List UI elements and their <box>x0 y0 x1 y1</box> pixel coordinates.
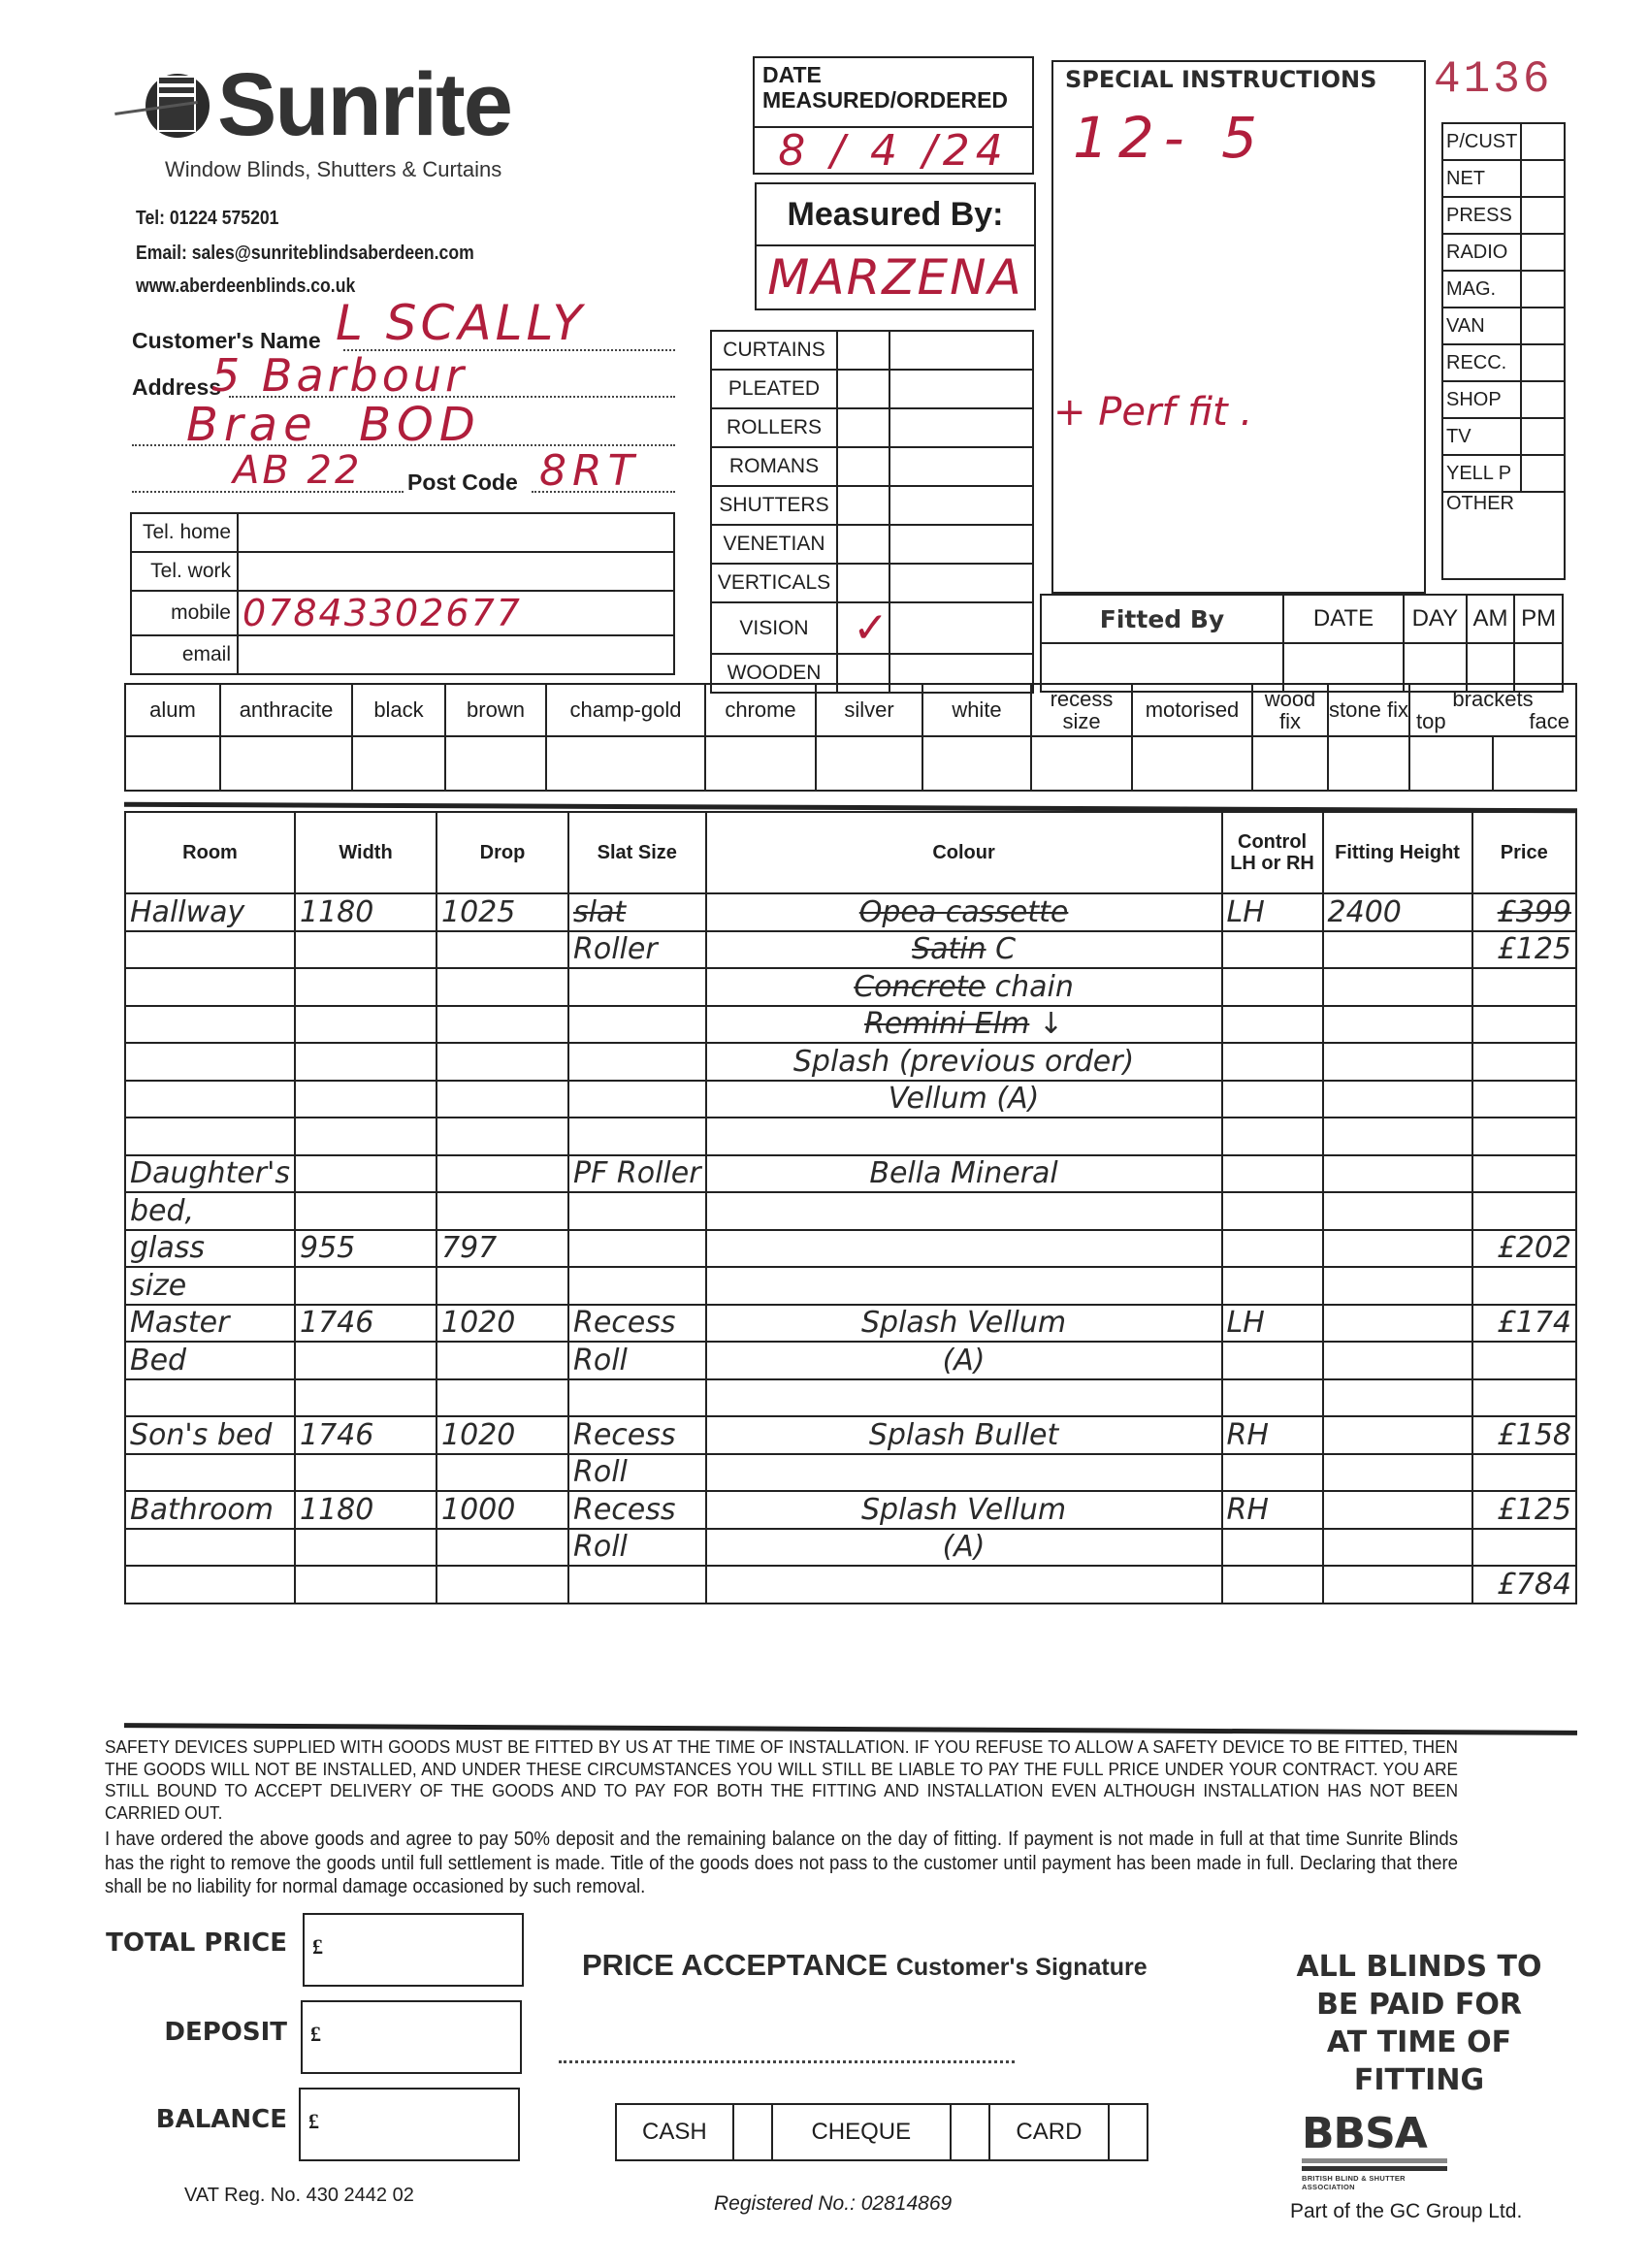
cell-colour[interactable]: (A) <box>706 1529 1222 1567</box>
cell-fitting-height[interactable] <box>1323 1230 1472 1268</box>
cell-fitting-height[interactable] <box>1323 1118 1472 1155</box>
col-drop: Drop <box>436 812 568 893</box>
cell-room[interactable]: Bed <box>125 1342 295 1379</box>
cell-colour[interactable] <box>706 1454 1222 1492</box>
product-type-label: SHUTTERS <box>711 486 837 525</box>
cell-drop[interactable]: 797 <box>436 1230 568 1268</box>
cell-width[interactable] <box>295 1118 436 1155</box>
cell-price[interactable] <box>1472 1454 1576 1492</box>
brackets-top-field[interactable] <box>1409 736 1493 791</box>
option-field[interactable] <box>1031 736 1132 791</box>
mobile-label: mobile <box>131 591 238 635</box>
cell-fitting-height[interactable] <box>1323 1566 1472 1604</box>
source-checkbox[interactable] <box>1521 308 1565 344</box>
cell-slat-size[interactable]: Roller <box>568 931 706 969</box>
cell-fitting-height[interactable] <box>1323 1155 1472 1193</box>
cell-slat-size[interactable] <box>568 1118 706 1155</box>
cell-room[interactable] <box>125 968 295 1006</box>
source-checkbox[interactable] <box>1521 344 1565 381</box>
fitted-date-header: DATE <box>1283 595 1404 643</box>
address-label: Address <box>132 374 221 401</box>
cell-control[interactable]: LH <box>1222 893 1323 931</box>
cell-width[interactable]: 955 <box>295 1230 436 1268</box>
table-row: Roll <box>125 1454 1576 1492</box>
fitted-pm-header: PM <box>1514 595 1563 643</box>
company-email: Email: sales@sunriteblindsaberdeen.com <box>136 243 474 265</box>
table-row: Son's bed17461020RecessSplash BulletRH£1… <box>125 1416 1576 1454</box>
cell-fitting-height[interactable] <box>1323 1379 1472 1417</box>
cell-colour[interactable] <box>706 1230 1222 1268</box>
cell-room[interactable]: Son's bed <box>125 1416 295 1454</box>
source-label: MAG. <box>1442 271 1521 308</box>
payment-card-checkbox[interactable] <box>1109 2104 1148 2160</box>
company-website: www.aberdeenblinds.co.uk <box>136 275 355 298</box>
cell-width[interactable] <box>295 1192 436 1230</box>
source-label: RECC. <box>1442 344 1521 381</box>
cell-room[interactable]: Master <box>125 1305 295 1343</box>
cell-drop[interactable] <box>436 1081 568 1118</box>
cell-control[interactable]: RH <box>1222 1491 1323 1529</box>
measured-by-label: Measured By: <box>757 184 1034 246</box>
cell-slat-size[interactable] <box>568 1006 706 1044</box>
email-label: email <box>131 635 238 674</box>
product-type-label: ROLLERS <box>711 408 837 447</box>
cell-width[interactable] <box>295 1081 436 1118</box>
cell-slat-size[interactable]: slat <box>568 893 706 931</box>
deposit-field[interactable]: £ <box>301 2000 522 2074</box>
cell-drop[interactable]: 1020 <box>436 1305 568 1343</box>
mobile-field[interactable]: 07843302677 <box>238 591 674 635</box>
cell-price[interactable] <box>1472 1118 1576 1155</box>
cell-colour[interactable]: Splash Bullet <box>706 1416 1222 1454</box>
option-field[interactable] <box>1328 736 1409 791</box>
cell-control[interactable] <box>1222 1566 1323 1604</box>
product-type-notes[interactable] <box>889 486 1033 525</box>
cell-drop[interactable] <box>436 1118 568 1155</box>
payment-cash-label: CASH <box>616 2104 733 2160</box>
cell-drop[interactable] <box>436 1454 568 1492</box>
cell-drop[interactable] <box>436 1192 568 1230</box>
table-row: Concrete chain <box>125 968 1576 1006</box>
product-type-label: VISION <box>711 602 837 654</box>
special-instructions-title: SPECIAL INSTRUCTIONS <box>1053 62 1424 97</box>
cell-control[interactable] <box>1222 1081 1323 1118</box>
option-wood-fix: wood fix <box>1252 684 1328 736</box>
cell-price[interactable] <box>1472 1192 1576 1230</box>
source-label: P/CUST <box>1442 123 1521 160</box>
payment-cheque-label: CHEQUE <box>772 2104 951 2160</box>
cell-slat-size[interactable] <box>568 1566 706 1604</box>
cell-colour[interactable]: Vellum (A) <box>706 1081 1222 1118</box>
cell-control[interactable] <box>1222 1267 1323 1305</box>
cell-room[interactable] <box>125 1454 295 1492</box>
source-checkbox[interactable] <box>1521 381 1565 418</box>
col-control: Control LH or RH <box>1222 812 1323 893</box>
balance-label: BALANCE <box>93 2105 287 2134</box>
cell-room[interactable] <box>125 1043 295 1081</box>
product-type-checkbox[interactable] <box>837 486 889 525</box>
source-checkbox[interactable] <box>1521 197 1565 234</box>
product-type-checkbox[interactable] <box>837 331 889 370</box>
cell-width[interactable]: 1746 <box>295 1305 436 1343</box>
cell-control[interactable] <box>1222 1155 1323 1193</box>
product-type-notes[interactable] <box>889 447 1033 486</box>
option-field[interactable] <box>546 736 705 791</box>
cell-room[interactable]: bed, <box>125 1192 295 1230</box>
brackets-top-label: top <box>1416 710 1446 732</box>
table-row: Master17461020RecessSplash VellumLH£174 <box>125 1305 1576 1343</box>
postcode-label: Post Code <box>407 470 518 496</box>
product-type-label: VENETIAN <box>711 525 837 564</box>
product-type-checkbox[interactable] <box>837 408 889 447</box>
cell-drop[interactable]: 1025 <box>436 893 568 931</box>
product-type-checkbox[interactable] <box>837 370 889 408</box>
cell-width[interactable] <box>295 1006 436 1044</box>
cell-control[interactable] <box>1222 1379 1323 1417</box>
cell-fitting-height[interactable] <box>1323 1192 1472 1230</box>
product-type-label: VERTICALS <box>711 564 837 602</box>
option-black: black <box>352 684 445 736</box>
option-field[interactable] <box>125 736 220 791</box>
cell-room[interactable]: glass <box>125 1230 295 1268</box>
option-field[interactable] <box>705 736 816 791</box>
option-anthracite: anthracite <box>220 684 352 736</box>
cell-room[interactable] <box>125 1081 295 1118</box>
cell-width[interactable] <box>295 1454 436 1492</box>
fitted-am-header: AM <box>1467 595 1515 643</box>
product-type-notes[interactable] <box>889 370 1033 408</box>
cell-colour[interactable] <box>706 1267 1222 1305</box>
cell-control[interactable] <box>1222 1043 1323 1081</box>
price-acceptance-heading: PRICE ACCEPTANCE Customer's Signature <box>582 1948 1148 1983</box>
table-row: BedRoll(A) <box>125 1342 1576 1379</box>
cell-drop[interactable] <box>436 931 568 969</box>
cell-room[interactable] <box>125 1529 295 1567</box>
cell-slat-size[interactable] <box>568 1379 706 1417</box>
special-instructions-note: 12- 5 <box>1073 105 1267 171</box>
cell-width[interactable] <box>295 1155 436 1193</box>
cell-fitting-height[interactable] <box>1323 1043 1472 1081</box>
blind-logo-icon <box>107 66 223 144</box>
cell-colour[interactable]: Splash Vellum <box>706 1305 1222 1343</box>
source-checkbox[interactable] <box>1521 123 1565 160</box>
cell-colour[interactable]: Bella Mineral <box>706 1155 1222 1193</box>
divider <box>124 1723 1577 1735</box>
product-type-label: ROMANS <box>711 447 837 486</box>
safety-terms: SAFETY DEVICES SUPPLIED WITH GOODS MUST … <box>105 1736 1458 1824</box>
cell-width[interactable]: 1746 <box>295 1416 436 1454</box>
registered-number: Registered No.: 02814869 <box>714 2192 952 2216</box>
col-room: Room <box>125 812 295 893</box>
phone-table: Tel. home Tel. work mobile07843302677 em… <box>130 512 675 675</box>
cell-width[interactable]: 1180 <box>295 1491 436 1529</box>
product-type-label: CURTAINS <box>711 331 837 370</box>
source-label: PRESS <box>1442 197 1521 234</box>
cell-colour[interactable]: Concrete chain <box>706 968 1222 1006</box>
option-recess-size: recess size <box>1031 684 1132 736</box>
customer-name-value[interactable]: L SCALLY <box>336 295 586 351</box>
cell-price[interactable]: £125 <box>1472 1491 1576 1529</box>
cell-fitting-height[interactable] <box>1323 1006 1472 1044</box>
cell-price[interactable] <box>1472 1043 1576 1081</box>
product-type-checkbox[interactable] <box>837 525 889 564</box>
cell-fitting-height[interactable] <box>1323 968 1472 1006</box>
product-type-table: CURTAINS PLEATED ROLLERS ROMANS SHUTTERS… <box>710 330 1034 694</box>
col-fitting-height: Fitting Height <box>1323 812 1472 893</box>
cell-width[interactable]: 1180 <box>295 893 436 931</box>
cell-colour[interactable]: Remini Elm ↓ <box>706 1006 1222 1044</box>
cell-fitting-height[interactable]: 2400 <box>1323 893 1472 931</box>
cell-control[interactable] <box>1222 1230 1323 1268</box>
option-field[interactable] <box>816 736 922 791</box>
option-field[interactable] <box>1252 736 1328 791</box>
brackets-face-field[interactable] <box>1493 736 1576 791</box>
cell-price[interactable] <box>1472 1529 1576 1567</box>
cell-slat-size[interactable] <box>568 1230 706 1268</box>
fitted-day-header: DAY <box>1404 595 1467 643</box>
cell-fitting-height[interactable] <box>1323 1454 1472 1492</box>
lead-source-table: P/CUST NET PRESS RADIO MAG. VAN RECC. SH… <box>1441 122 1566 580</box>
cell-price[interactable] <box>1472 1267 1576 1305</box>
cell-control[interactable]: RH <box>1222 1416 1323 1454</box>
cell-slat-size[interactable]: Recess <box>568 1416 706 1454</box>
cell-control[interactable] <box>1222 931 1323 969</box>
source-checkbox[interactable] <box>1521 455 1565 492</box>
measured-by-value[interactable]: MARZENA <box>757 246 1034 308</box>
cell-width[interactable] <box>295 931 436 969</box>
product-type-notes[interactable] <box>889 602 1033 654</box>
cell-colour[interactable]: Satin C <box>706 931 1222 969</box>
cell-control[interactable] <box>1222 1529 1323 1567</box>
payment-cash-checkbox[interactable] <box>733 2104 772 2160</box>
table-row: bed, <box>125 1192 1576 1230</box>
cell-fitting-height[interactable] <box>1323 1529 1472 1567</box>
cell-control[interactable] <box>1222 1192 1323 1230</box>
brackets-face-label: face <box>1529 710 1569 732</box>
source-label: RADIO <box>1442 234 1521 271</box>
cell-room[interactable]: Bathroom <box>125 1491 295 1529</box>
cell-colour[interactable]: Opea cassette <box>706 893 1222 931</box>
col-price: Price <box>1472 812 1576 893</box>
option-brackets: brackets top face <box>1409 684 1576 736</box>
cell-colour[interactable]: (A) <box>706 1342 1222 1379</box>
product-type-notes[interactable] <box>889 408 1033 447</box>
cell-price[interactable] <box>1472 1379 1576 1417</box>
cell-control[interactable] <box>1222 1454 1323 1492</box>
address-line1-value[interactable]: 5 Barbour <box>211 349 468 402</box>
cell-price[interactable]: £399 <box>1472 893 1576 931</box>
cell-drop[interactable] <box>436 1529 568 1567</box>
bbsa-subtitle: BRITISH BLIND & SHUTTER ASSOCIATION <box>1302 2174 1447 2191</box>
tel-work-label: Tel. work <box>131 552 238 591</box>
cell-drop[interactable] <box>436 1267 568 1305</box>
cell-width[interactable] <box>295 1043 436 1081</box>
cell-drop[interactable]: 1020 <box>436 1416 568 1454</box>
table-row: Splash (previous order) <box>125 1043 1576 1081</box>
cell-colour[interactable] <box>706 1379 1222 1417</box>
cell-fitting-height[interactable] <box>1323 1416 1472 1454</box>
check-mark-icon[interactable]: ✓ <box>837 602 889 654</box>
cell-room[interactable] <box>125 1566 295 1604</box>
cell-drop[interactable] <box>436 968 568 1006</box>
product-type-checkbox[interactable] <box>837 564 889 602</box>
cell-slat-size[interactable] <box>568 1081 706 1118</box>
table-row: Remini Elm ↓ <box>125 1006 1576 1044</box>
cell-colour[interactable] <box>706 1118 1222 1155</box>
payment-cheque-checkbox[interactable] <box>951 2104 989 2160</box>
col-slat-size: Slat Size <box>568 812 706 893</box>
cell-slat-size[interactable]: PF Roller <box>568 1155 706 1193</box>
cell-slat-size[interactable] <box>568 968 706 1006</box>
option-field[interactable] <box>445 736 546 791</box>
cell-room[interactable] <box>125 931 295 969</box>
cell-slat-size[interactable] <box>568 1192 706 1230</box>
company-tagline: Window Blinds, Shutters & Curtains <box>165 157 501 182</box>
col-width: Width <box>295 812 436 893</box>
table-row: Roll(A) <box>125 1529 1576 1567</box>
cell-width[interactable] <box>295 1566 436 1604</box>
date-measured-value[interactable]: 8 / 4 /24 <box>755 128 1032 175</box>
cell-price[interactable] <box>1472 1155 1576 1193</box>
table-row: glass955797£202 <box>125 1230 1576 1268</box>
fitted-by-table: Fitted By DATE DAY AM PM <box>1040 594 1564 693</box>
source-checkbox[interactable] <box>1521 271 1565 308</box>
cell-drop[interactable] <box>436 1155 568 1193</box>
cell-fitting-height[interactable] <box>1323 1305 1472 1343</box>
cell-slat-size[interactable]: Recess <box>568 1491 706 1529</box>
option-field[interactable] <box>1132 736 1252 791</box>
cell-drop[interactable] <box>436 1342 568 1379</box>
cell-slat-size[interactable]: Roll <box>568 1529 706 1567</box>
col-colour: Colour <box>706 812 1222 893</box>
cell-width[interactable] <box>295 1529 436 1567</box>
cell-room[interactable] <box>125 1006 295 1044</box>
cell-width[interactable] <box>295 1267 436 1305</box>
cell-slat-size[interactable] <box>568 1267 706 1305</box>
table-row: RollerSatin C£125 <box>125 931 1576 969</box>
cell-width[interactable] <box>295 1342 436 1379</box>
cell-price[interactable]: £174 <box>1472 1305 1576 1343</box>
cell-fitting-height[interactable] <box>1323 931 1472 969</box>
cell-drop[interactable]: 1000 <box>436 1491 568 1529</box>
cell-colour[interactable]: Splash (previous order) <box>706 1043 1222 1081</box>
signature-field[interactable] <box>559 2060 1015 2063</box>
address-line2-value[interactable]: Brae BOD <box>186 398 481 452</box>
source-checkbox[interactable] <box>1521 234 1565 271</box>
source-label: VAN <box>1442 308 1521 344</box>
vat-number: VAT Reg. No. 430 2442 02 <box>184 2185 414 2207</box>
bbsa-logo: BBSA BRITISH BLIND & SHUTTER ASSOCIATION <box>1302 2113 1447 2191</box>
cell-drop[interactable] <box>436 1043 568 1081</box>
option-field[interactable] <box>922 736 1031 791</box>
email-field[interactable] <box>238 635 674 674</box>
cell-control[interactable] <box>1222 1342 1323 1379</box>
cell-room[interactable]: Hallway <box>125 893 295 931</box>
special-instructions-box[interactable]: SPECIAL INSTRUCTIONS 12- 5 + Perf fit . <box>1051 60 1426 594</box>
cell-slat-size[interactable] <box>568 1043 706 1081</box>
cell-price[interactable]: £125 <box>1472 931 1576 969</box>
option-field[interactable] <box>220 736 352 791</box>
cell-price[interactable] <box>1472 1342 1576 1379</box>
terms-text: SAFETY DEVICES SUPPLIED WITH GOODS MUST … <box>105 1736 1458 1898</box>
product-type-notes[interactable] <box>889 331 1033 370</box>
cell-drop[interactable] <box>436 1566 568 1604</box>
cell-fitting-height[interactable] <box>1323 1491 1472 1529</box>
source-checkbox[interactable] <box>1521 418 1565 455</box>
date-measured-label: DATE MEASURED/ORDERED <box>755 58 1032 128</box>
balance-field[interactable]: £ <box>299 2088 520 2161</box>
cell-colour[interactable] <box>706 1192 1222 1230</box>
option-silver: silver <box>816 684 922 736</box>
product-type-notes[interactable] <box>889 525 1033 564</box>
table-row <box>125 1379 1576 1417</box>
cell-price[interactable]: £784 <box>1472 1566 1576 1604</box>
tel-work-field[interactable] <box>238 552 674 591</box>
source-label: YELL P <box>1442 455 1521 492</box>
cell-colour[interactable]: Splash Vellum <box>706 1491 1222 1529</box>
cell-control[interactable] <box>1222 968 1323 1006</box>
table-row: Hallway11801025slatOpea cassetteLH2400£3… <box>125 893 1576 931</box>
cell-fitting-height[interactable] <box>1323 1267 1472 1305</box>
cell-drop[interactable] <box>436 1379 568 1417</box>
option-stone-fix: stone fix <box>1328 684 1409 736</box>
cell-room[interactable] <box>125 1379 295 1417</box>
group-text: Part of the GC Group Ltd. <box>1290 2200 1522 2223</box>
option-champ-gold: champ-gold <box>546 684 705 736</box>
address-line3-value[interactable]: AB 22 <box>233 448 362 493</box>
product-type-notes[interactable] <box>889 564 1033 602</box>
cell-room[interactable]: size <box>125 1267 295 1305</box>
cell-price[interactable]: £202 <box>1472 1230 1576 1268</box>
source-label: NET <box>1442 160 1521 197</box>
cell-slat-size[interactable]: Roll <box>568 1454 706 1492</box>
cell-drop[interactable] <box>436 1006 568 1044</box>
product-type-label: PLEATED <box>711 370 837 408</box>
postcode-value[interactable]: 8RT <box>539 446 639 496</box>
cell-price[interactable]: £158 <box>1472 1416 1576 1454</box>
cell-fitting-height[interactable] <box>1323 1081 1472 1118</box>
source-checkbox[interactable] <box>1521 160 1565 197</box>
cell-room[interactable]: Daughter's <box>125 1155 295 1193</box>
total-price-field[interactable]: £ <box>303 1913 524 1987</box>
cell-fitting-height[interactable] <box>1323 1342 1472 1379</box>
payment-notice: ALL BLINDS TOBE PAID FORAT TIME OFFITTIN… <box>1278 1948 1560 2099</box>
measured-by-box: Measured By: MARZENA <box>755 182 1036 310</box>
cell-width[interactable] <box>295 1379 436 1417</box>
order-table: Room Width Drop Slat Size Colour Control… <box>124 811 1577 1604</box>
tel-home-field[interactable] <box>238 513 674 552</box>
source-other-field[interactable]: OTHER <box>1442 492 1565 579</box>
cell-colour[interactable] <box>706 1566 1222 1604</box>
cell-width[interactable] <box>295 968 436 1006</box>
company-tel: Tel: 01224 575201 <box>136 208 278 230</box>
cell-room[interactable] <box>125 1118 295 1155</box>
form-number: 4136 <box>1434 54 1552 105</box>
cell-price[interactable] <box>1472 1081 1576 1118</box>
option-alum: alum <box>125 684 220 736</box>
cell-slat-size[interactable]: Recess <box>568 1305 706 1343</box>
cell-price[interactable] <box>1472 1006 1576 1044</box>
cell-slat-size[interactable]: Roll <box>568 1342 706 1379</box>
cell-control[interactable]: LH <box>1222 1305 1323 1343</box>
cell-control[interactable] <box>1222 1118 1323 1155</box>
product-type-checkbox[interactable] <box>837 447 889 486</box>
cell-control[interactable] <box>1222 1006 1323 1044</box>
option-field[interactable] <box>352 736 445 791</box>
tel-home-label: Tel. home <box>131 513 238 552</box>
cell-price[interactable] <box>1472 968 1576 1006</box>
fitted-by-label: Fitted By <box>1041 595 1283 643</box>
